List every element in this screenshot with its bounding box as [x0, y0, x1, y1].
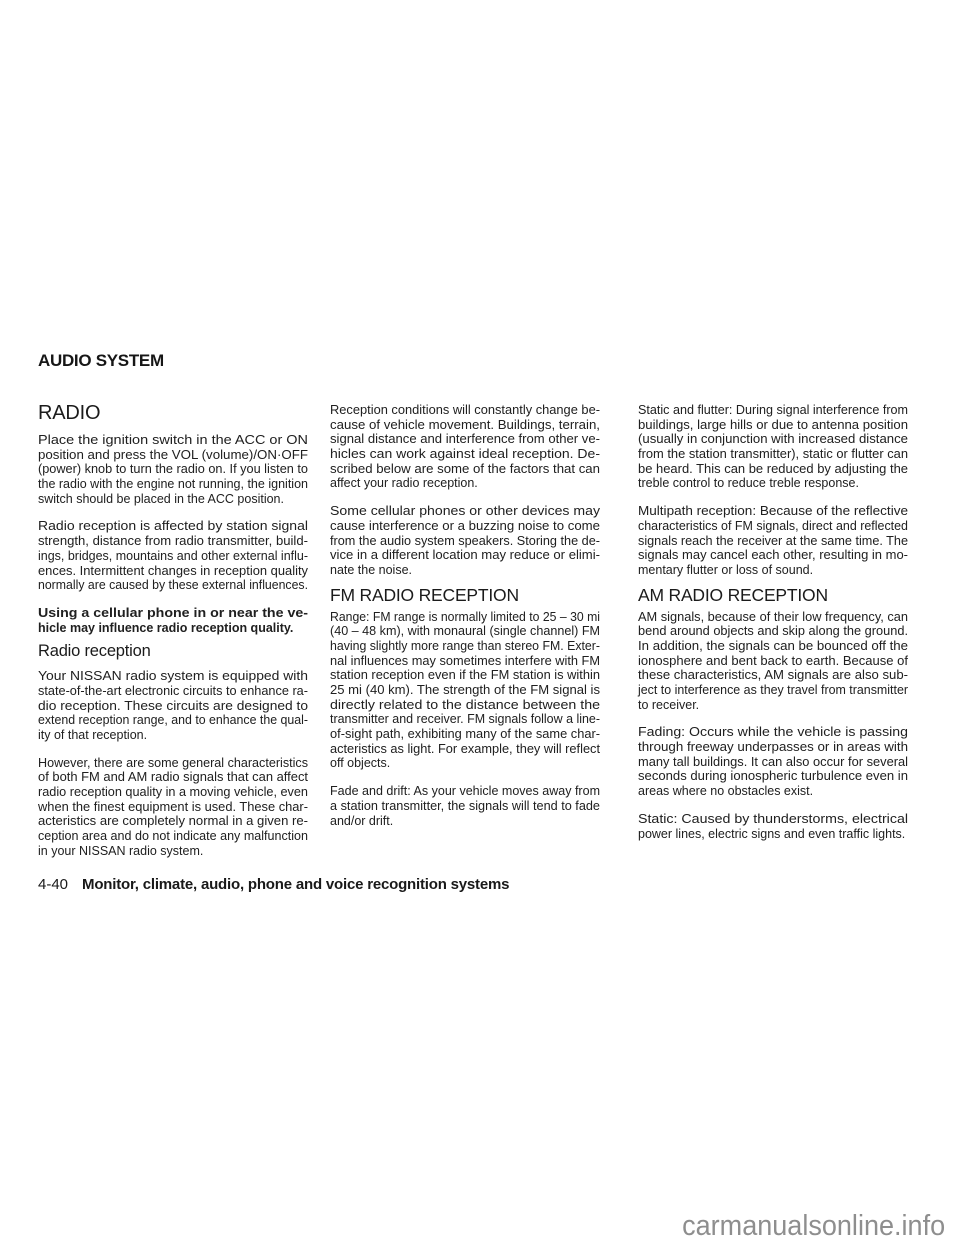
paragraph: Place the ignition switch in the ACC or … — [38, 433, 308, 506]
text-line: directly related to the distance between… — [330, 698, 600, 713]
text-line-content: signals may cancel each other, resulting… — [638, 548, 908, 563]
text-line: nal influences may sometimes interfere w… — [330, 654, 600, 669]
text-line-content: Fading: Occurs while the vehicle is pass… — [638, 725, 908, 740]
paragraph: Multipath reception: Because of the refl… — [638, 504, 908, 577]
text-line-content: Place the ignition switch in the ACC or … — [38, 433, 308, 448]
text-line-content: 25 mi (40 km). The strength of the FM si… — [330, 683, 600, 698]
text-line: having slightly more range than stereo F… — [330, 639, 600, 654]
text-line-content: vice in a different location may reduce … — [330, 548, 600, 563]
text-line: in your NISSAN radio system. — [38, 844, 308, 859]
text-line: (40 – 48 km), with monaural (single chan… — [330, 624, 600, 639]
text-line: signals may cancel each other, resulting… — [638, 548, 908, 563]
text-line: bend around objects and skip along the g… — [638, 624, 908, 639]
text-line: Fading: Occurs while the vehicle is pass… — [638, 725, 908, 740]
paragraph: Range: FM range is normally limited to 2… — [330, 610, 600, 772]
text-line-content: signals reach the receiver at the same t… — [638, 534, 908, 549]
text-line-content: from the station transmitter), static or… — [638, 447, 908, 462]
text-line: station reception even if the FM station… — [330, 668, 600, 683]
text-line: off objects. — [330, 756, 600, 771]
text-line: ity of that reception. — [38, 728, 308, 743]
text-line-content: (40 – 48 km), with monaural (single chan… — [330, 624, 600, 639]
text-line: a station transmitter, the signals will … — [330, 799, 600, 814]
text-line-content: directly related to the distance between… — [330, 698, 600, 713]
text-line-content: nal influences may sometimes interfere w… — [330, 654, 600, 669]
text-line-content: be heard. This can be reduced by adjusti… — [638, 462, 908, 477]
text-line-content: the radio with the engine not running, t… — [38, 477, 308, 492]
paragraph: Reception conditions will constantly cha… — [330, 403, 600, 491]
text-line-content: Fade and drift: As your vehicle moves aw… — [330, 784, 600, 799]
text-line: (usually in conjunction with increased d… — [638, 432, 908, 447]
text-line: Your NISSAN radio system is equipped wit… — [38, 669, 308, 684]
paragraph: Static and flutter: During signal interf… — [638, 403, 908, 491]
text-line-content: bend around objects and skip along the g… — [638, 624, 908, 639]
text-line-content: AM signals, because of their low frequen… — [638, 610, 908, 625]
text-line: the radio with the engine not running, t… — [38, 477, 308, 492]
text-line-content: seconds during ionospheric turbulence ev… — [638, 769, 908, 784]
text-line-content: switch should be placed in the ACC posit… — [38, 492, 284, 507]
text-line: affect your radio reception. — [330, 476, 600, 491]
text-line-content: hicles can work against ideal reception.… — [330, 447, 600, 462]
watermark: carmanualsonline.info — [682, 1211, 945, 1241]
text-line-content: dio reception. These circuits are design… — [38, 699, 308, 714]
text-line: hicle may influence radio reception qual… — [38, 621, 308, 636]
text-line: Static: Caused by thunderstorms, electri… — [638, 812, 908, 827]
text-line-content: affect your radio reception. — [330, 476, 478, 491]
text-line-content: transmitter and receiver. FM signals fol… — [330, 712, 600, 727]
text-line-content: In addition, the signals can be bounced … — [638, 639, 908, 654]
text-line: power lines, electric signs and even tra… — [638, 827, 908, 842]
text-line: from the audio system speakers. Storing … — [330, 534, 600, 549]
text-line-content: Your NISSAN radio system is equipped wit… — [38, 669, 308, 684]
text-line: position and press the VOL (volume)/ON·O… — [38, 448, 308, 463]
text-line-content: having slightly more range than stereo F… — [330, 639, 600, 654]
text-line-content: ception area and do not indicate any mal… — [38, 829, 308, 844]
text-line: Reception conditions will constantly cha… — [330, 403, 600, 418]
text-line: ings, bridges, mountains and other exter… — [38, 549, 308, 564]
text-line: vice in a different location may reduce … — [330, 548, 600, 563]
text-line: ception area and do not indicate any mal… — [38, 829, 308, 844]
text-line-content: Range: FM range is normally limited to 2… — [330, 610, 600, 625]
text-line-content: nate the noise. — [330, 563, 412, 578]
text-line-content: many tall buildings. It can also occur f… — [638, 755, 908, 770]
text-line: mentary flutter or loss of sound. — [638, 563, 908, 578]
text-line: (power) knob to turn the radio on. If yo… — [38, 462, 308, 477]
text-line: many tall buildings. It can also occur f… — [638, 755, 908, 770]
manual-page: AUDIO SYSTEM RADIOPlace the ignition swi… — [0, 0, 960, 1242]
text-line: of-sight path, exhibiting many of the sa… — [330, 727, 600, 742]
text-line: normally are caused by these external in… — [38, 578, 308, 593]
text-line: ionosphere and bent back to earth. Becau… — [638, 654, 908, 669]
text-line-content: cause interference or a buzzing noise to… — [330, 519, 600, 534]
text-line: Using a cellular phone in or near the ve… — [38, 606, 308, 621]
text-line-content: normally are caused by these external in… — [38, 578, 308, 593]
text-line: signals reach the receiver at the same t… — [638, 534, 908, 549]
text-line: cause interference or a buzzing noise to… — [330, 519, 600, 534]
text-line: be heard. This can be reduced by adjusti… — [638, 462, 908, 477]
text-line: dio reception. These circuits are design… — [38, 699, 308, 714]
text-line: buildings, large hills or due to antenna… — [638, 418, 908, 433]
text-line-content: acteristics as light. For example, they … — [330, 742, 600, 757]
text-line: Range: FM range is normally limited to 2… — [330, 610, 600, 625]
text-line-content: these characteristics, AM signals are al… — [638, 668, 908, 683]
text-line-content: ity of that reception. — [38, 728, 147, 743]
paragraph: Radio reception is affected by station s… — [38, 519, 308, 592]
text-line-content: hicle may influence radio reception qual… — [38, 621, 293, 636]
text-line: Static and flutter: During signal interf… — [638, 403, 908, 418]
text-line-content: characteristics of FM signals, direct an… — [638, 519, 908, 534]
text-line-content: extend reception range, and to enhance t… — [38, 713, 308, 728]
text-line-content: when the finest equipment is used. These… — [38, 800, 308, 815]
text-line: ject to interference as they travel from… — [638, 683, 908, 698]
text-line-content: scribed below are some of the factors th… — [330, 462, 600, 477]
text-line: radio reception quality in a moving vehi… — [38, 785, 308, 800]
text-line-content: cause of vehicle movement. Buildings, te… — [330, 418, 600, 433]
text-line-content: signal distance and interference from ot… — [330, 432, 600, 447]
text-line-content: Multipath reception: Because of the refl… — [638, 504, 908, 519]
text-line: ences. Intermittent changes in reception… — [38, 564, 308, 579]
text-line: acteristics are completely normal in a g… — [38, 814, 308, 829]
text-line: state-of-the-art electronic circuits to … — [38, 684, 308, 699]
text-line: characteristics of FM signals, direct an… — [638, 519, 908, 534]
text-line: switch should be placed in the ACC posit… — [38, 492, 308, 507]
text-line-content: state-of-the-art electronic circuits to … — [38, 684, 308, 699]
paragraph: Static: Caused by thunderstorms, electri… — [638, 812, 908, 841]
text-line-content: However, there are some general characte… — [38, 756, 308, 771]
text-line-content: position and press the VOL (volume)/ON·O… — [38, 448, 308, 463]
text-line-content: to receiver. — [638, 698, 699, 713]
text-line: of both FM and AM radio signals that can… — [38, 770, 308, 785]
paragraph: Some cellular phones or other devices ma… — [330, 504, 600, 577]
text-line: 25 mi (40 km). The strength of the FM si… — [330, 683, 600, 698]
column-left: RADIOPlace the ignition switch in the AC… — [38, 403, 308, 872]
text-line: hicles can work against ideal reception.… — [330, 447, 600, 462]
text-line-content: ences. Intermittent changes in reception… — [38, 564, 308, 579]
text-line-content: station reception even if the FM station… — [330, 668, 600, 683]
text-line: areas where no obstacles exist. — [638, 784, 908, 799]
text-line: these characteristics, AM signals are al… — [638, 668, 908, 683]
text-line-content: areas where no obstacles exist. — [638, 784, 813, 799]
text-line-content: (usually in conjunction with increased d… — [638, 432, 908, 447]
text-line-content: from the audio system speakers. Storing … — [330, 534, 600, 549]
text-line-content: Static and flutter: During signal interf… — [638, 403, 908, 418]
text-line: Radio reception is affected by station s… — [38, 519, 308, 534]
page-number: 4-40 — [38, 876, 68, 894]
heading-fm-radio-reception: FM RADIO RECEPTION — [330, 586, 600, 605]
column-middle: Reception conditions will constantly cha… — [330, 403, 600, 841]
text-line: Some cellular phones or other devices ma… — [330, 504, 600, 519]
text-line: from the station transmitter), static or… — [638, 447, 908, 462]
text-line-content: Static: Caused by thunderstorms, electri… — [638, 812, 908, 827]
text-line-content: Some cellular phones or other devices ma… — [330, 504, 600, 519]
text-line: extend reception range, and to enhance t… — [38, 713, 308, 728]
text-line-content: Reception conditions will constantly cha… — [330, 403, 600, 418]
text-line-content: in your NISSAN radio system. — [38, 844, 203, 859]
text-line: AM signals, because of their low frequen… — [638, 610, 908, 625]
paragraph: Fade and drift: As your vehicle moves aw… — [330, 784, 600, 828]
text-line: nate the noise. — [330, 563, 600, 578]
text-line-content: treble control to reduce treble response… — [638, 476, 859, 491]
text-line-content: Radio reception is affected by station s… — [38, 519, 308, 534]
text-line-content: Using a cellular phone in or near the ve… — [38, 606, 308, 621]
text-line-content: of-sight path, exhibiting many of the sa… — [330, 727, 600, 742]
paragraph: Your NISSAN radio system is equipped wit… — [38, 669, 308, 742]
text-line: to receiver. — [638, 698, 908, 713]
text-line: However, there are some general characte… — [38, 756, 308, 771]
text-line: scribed below are some of the factors th… — [330, 462, 600, 477]
heading-am-radio-reception: AM RADIO RECEPTION — [638, 586, 908, 605]
paragraph: Fading: Occurs while the vehicle is pass… — [638, 725, 908, 798]
heading-radio-reception: Radio reception — [38, 643, 308, 660]
text-line: seconds during ionospheric turbulence ev… — [638, 769, 908, 784]
section-header: AUDIO SYSTEM — [38, 351, 164, 371]
text-line-content: ionosphere and bent back to earth. Becau… — [638, 654, 908, 669]
footer-chapter-title: Monitor, climate, audio, phone and voice… — [82, 876, 509, 894]
text-line: transmitter and receiver. FM signals fol… — [330, 712, 600, 727]
text-line: Fade and drift: As your vehicle moves aw… — [330, 784, 600, 799]
text-line-content: buildings, large hills or due to antenna… — [638, 418, 908, 433]
text-line-content: acteristics are completely normal in a g… — [38, 814, 308, 829]
column-right: Static and flutter: During signal interf… — [638, 403, 908, 854]
text-line-content: strength, distance from radio transmitte… — [38, 534, 308, 549]
text-line: signal distance and interference from ot… — [330, 432, 600, 447]
text-line: when the finest equipment is used. These… — [38, 800, 308, 815]
text-line-content: off objects. — [330, 756, 390, 771]
text-line: In addition, the signals can be bounced … — [638, 639, 908, 654]
text-line: and/or drift. — [330, 814, 600, 829]
text-line-content: a station transmitter, the signals will … — [330, 799, 600, 814]
text-line: Multipath reception: Because of the refl… — [638, 504, 908, 519]
text-line-content: ject to interference as they travel from… — [638, 683, 908, 698]
text-line: Place the ignition switch in the ACC or … — [38, 433, 308, 448]
text-line-content: mentary flutter or loss of sound. — [638, 563, 813, 578]
text-line-content: (power) knob to turn the radio on. If yo… — [38, 462, 308, 477]
text-line-content: radio reception quality in a moving vehi… — [38, 785, 308, 800]
page-footer: 4-40 Monitor, climate, audio, phone and … — [38, 876, 509, 894]
text-line-content: and/or drift. — [330, 814, 393, 829]
heading-radio: RADIO — [38, 403, 308, 423]
paragraph: However, there are some general characte… — [38, 756, 308, 859]
text-line-content: power lines, electric signs and even tra… — [638, 827, 905, 842]
paragraph: AM signals, because of their low frequen… — [638, 610, 908, 713]
bold-paragraph: Using a cellular phone in or near the ve… — [38, 606, 308, 635]
text-line-content: of both FM and AM radio signals that can… — [38, 770, 308, 785]
text-line-content: ings, bridges, mountains and other exter… — [38, 549, 308, 564]
text-line-content: through freeway underpasses or in areas … — [638, 740, 908, 755]
text-line: strength, distance from radio transmitte… — [38, 534, 308, 549]
text-line: cause of vehicle movement. Buildings, te… — [330, 418, 600, 433]
text-line: through freeway underpasses or in areas … — [638, 740, 908, 755]
text-line: treble control to reduce treble response… — [638, 476, 908, 491]
text-line: acteristics as light. For example, they … — [330, 742, 600, 757]
